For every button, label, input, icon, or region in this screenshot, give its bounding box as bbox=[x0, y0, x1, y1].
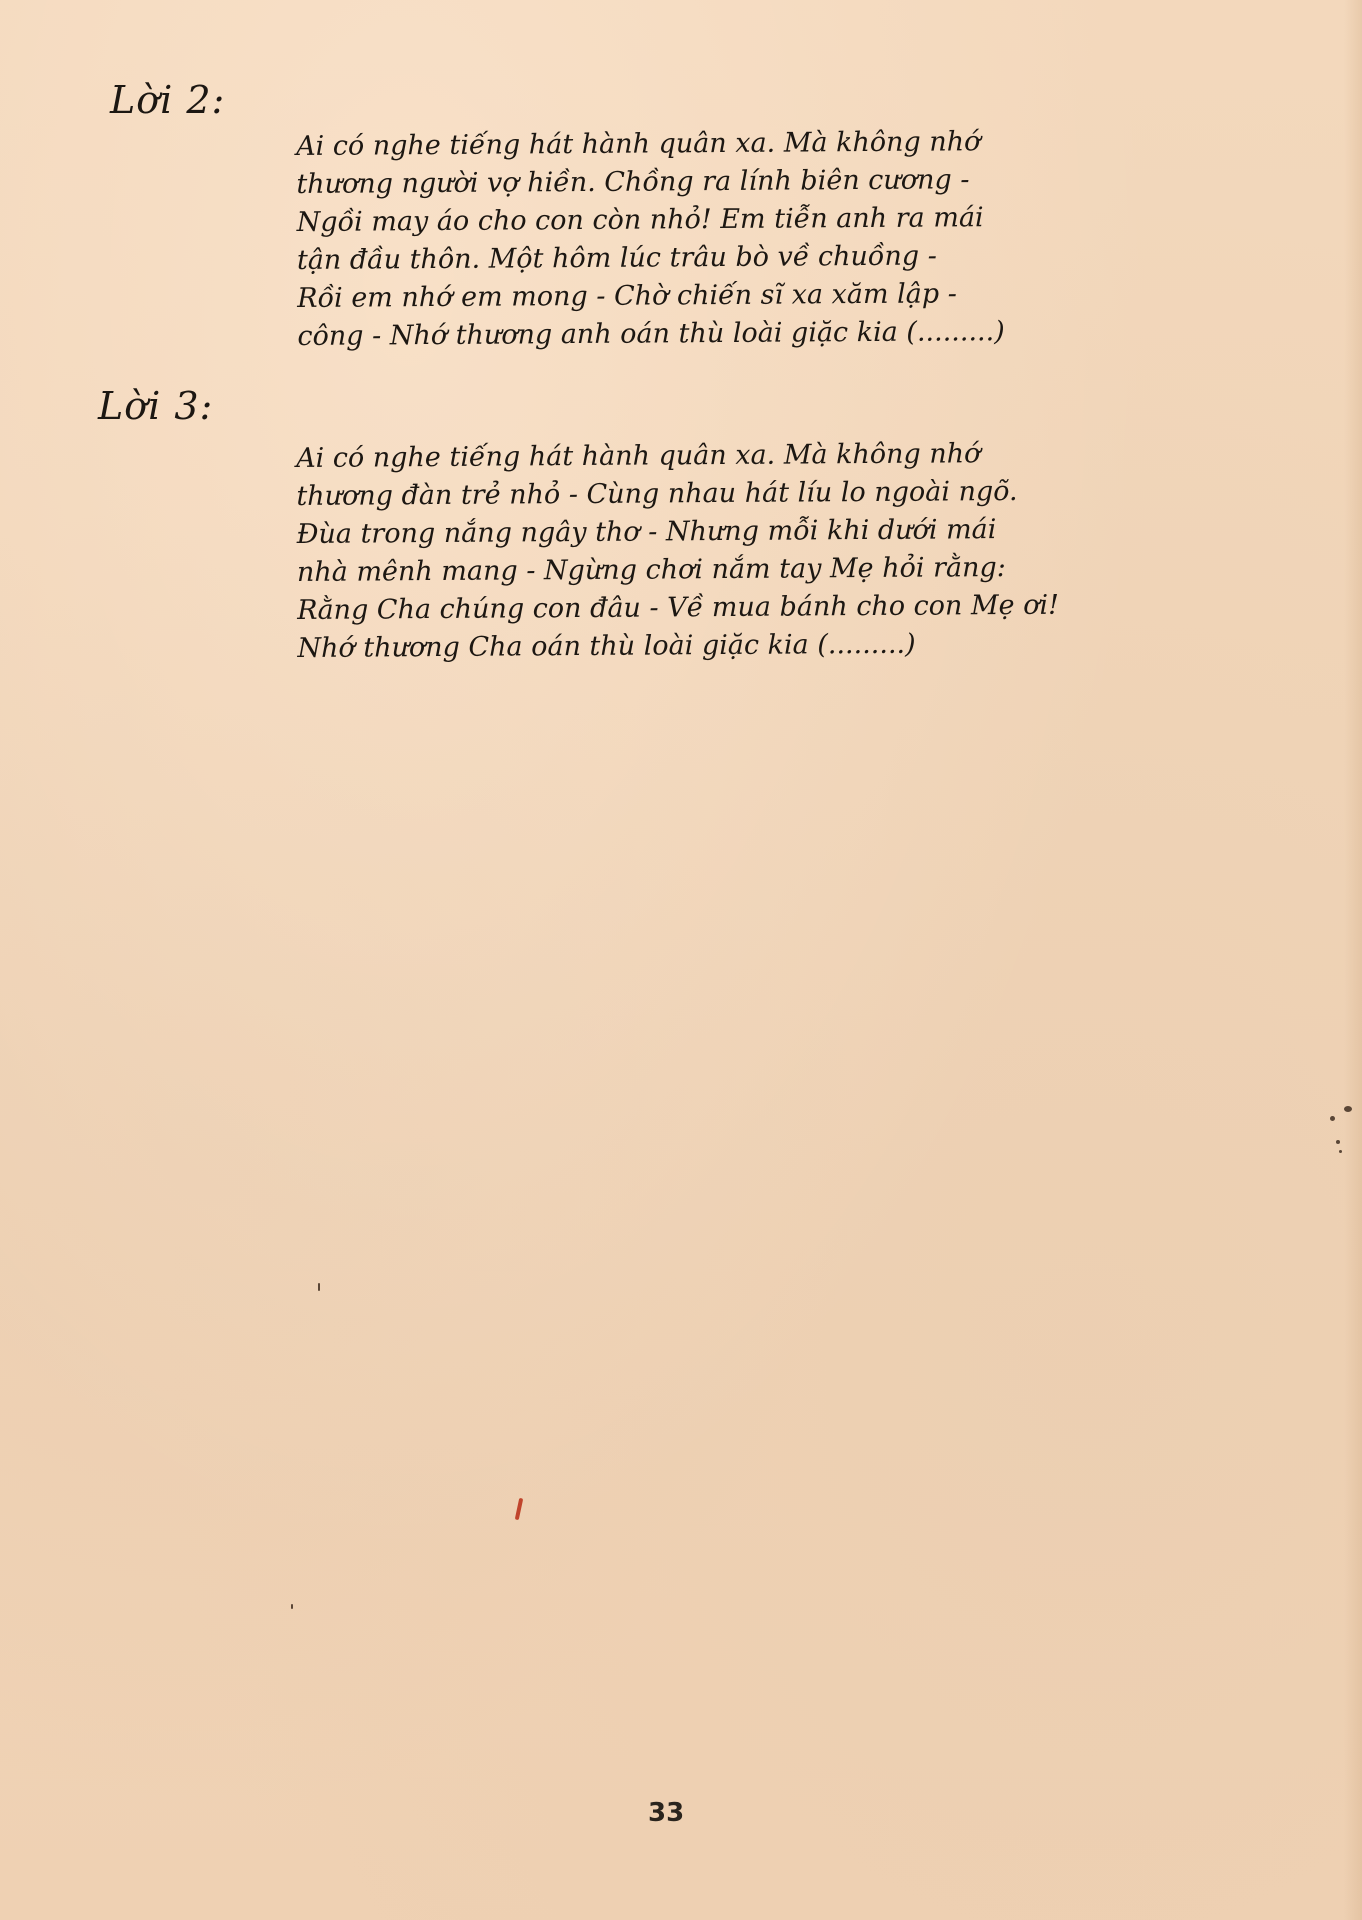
verse-line: Rằng Cha chúng con đâu - Về mua bánh cho… bbox=[297, 585, 1247, 630]
ink-speck bbox=[1336, 1140, 1340, 1144]
page-number: 33 bbox=[648, 1798, 684, 1828]
ink-speck bbox=[291, 1604, 293, 1609]
section-label-loi-3: Lời 3: bbox=[98, 384, 213, 428]
verse-loi-2: Ai có nghe tiếng hát hành quân xa. Mà kh… bbox=[296, 121, 1248, 356]
red-ink-mark bbox=[515, 1498, 523, 1520]
verse-line: Ai có nghe tiếng hát hành quân xa. Mà kh… bbox=[296, 433, 1246, 478]
verse-line: Ai có nghe tiếng hát hành quân xa. Mà kh… bbox=[296, 121, 1246, 166]
paper-page: Lời 2: Ai có nghe tiếng hát hành quân xa… bbox=[0, 0, 1362, 1920]
verse-line: Đùa trong nắng ngây thơ - Nhưng mỗi khi … bbox=[297, 509, 1247, 554]
verse-line: nhà mênh mang - Ngừng chơi nắm tay Mẹ hỏ… bbox=[297, 547, 1247, 592]
ink-speck bbox=[318, 1283, 320, 1291]
verse-line: Ngồi may áo cho con còn nhỏ! Em tiễn anh… bbox=[297, 197, 1247, 242]
verse-line: công - Nhớ thương anh oán thù loài giặc … bbox=[297, 311, 1247, 356]
page-edge-shadow bbox=[1344, 0, 1362, 1920]
verse-line: thương đàn trẻ nhỏ - Cùng nhau hát líu l… bbox=[296, 471, 1246, 516]
verse-loi-3: Ai có nghe tiếng hát hành quân xa. Mà kh… bbox=[296, 433, 1248, 668]
verse-line: thương người vợ hiền. Chồng ra lính biên… bbox=[296, 159, 1246, 204]
verse-line: tận đầu thôn. Một hôm lúc trâu bò về chu… bbox=[297, 235, 1247, 280]
ink-speck bbox=[1330, 1116, 1335, 1121]
ink-speck bbox=[1344, 1106, 1352, 1112]
verse-line: Rồi em nhớ em mong - Chờ chiến sĩ xa xăm… bbox=[297, 273, 1247, 318]
section-label-loi-2: Lời 2: bbox=[110, 78, 225, 122]
ink-speck bbox=[1339, 1150, 1342, 1153]
verse-line: Nhớ thương Cha oán thù loài giặc kia (..… bbox=[297, 623, 1247, 668]
